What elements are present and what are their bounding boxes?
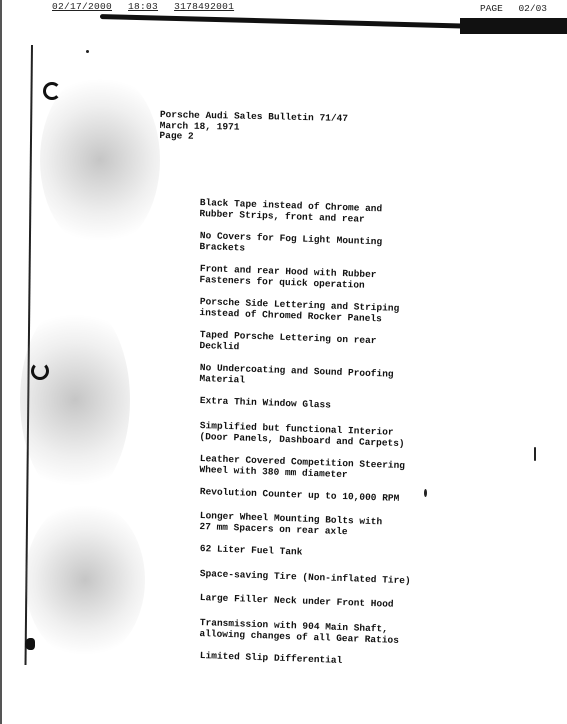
scan-noise — [25, 500, 145, 660]
fax-number: 3178492001 — [174, 1, 234, 12]
list-item: Revolution Counter up to 10,000 RPM — [200, 487, 440, 506]
list-item: Porsche Side Lettering and Striping inst… — [199, 297, 440, 326]
fax-page-indicator: PAGE 02/03 — [480, 3, 547, 14]
punch-hole-mark — [31, 362, 49, 380]
list-item: Large Filler Neck under Front Hood — [200, 593, 440, 612]
punch-hole-mark — [25, 638, 35, 650]
scan-noise — [20, 300, 130, 500]
scan-left-edge — [0, 0, 2, 724]
list-item: No Undercoating and Sound Proofing Mater… — [199, 363, 440, 392]
list-item: Simplified but functional Interior (Door… — [199, 421, 440, 450]
list-item: Front and rear Hood with Rubber Fastener… — [199, 264, 440, 293]
bulletin-header: Porsche Audi Sales Bulletin 71/47 March … — [159, 110, 348, 145]
list-item: Limited Slip Differential — [200, 651, 440, 670]
scan-dot — [534, 447, 536, 461]
fax-streak-block — [460, 18, 567, 34]
feature-list: Black Tape instead of Chrome and Rubber … — [200, 198, 440, 675]
scan-dot — [86, 50, 89, 53]
list-item: No Covers for Fog Light Mounting Bracket… — [199, 231, 440, 260]
list-item: Space-saving Tire (Non-inflated Tire) — [200, 569, 440, 588]
punch-hole-mark — [43, 82, 61, 100]
fax-time: 18:03 — [128, 1, 158, 12]
fax-page-label: PAGE — [480, 3, 503, 14]
list-item: Transmission with 904 Main Shaft, allowi… — [199, 618, 440, 647]
list-item: Black Tape instead of Chrome and Rubber … — [199, 198, 440, 227]
list-item: Taped Porsche Lettering on rear Decklid — [199, 330, 440, 359]
fax-date: 02/17/2000 — [52, 1, 112, 12]
list-item: Leather Covered Competition Steering Whe… — [199, 454, 440, 483]
list-item: 62 Liter Fuel Tank — [200, 544, 440, 563]
list-item: Extra Thin Window Glass — [200, 396, 440, 415]
list-item: Longer Wheel Mounting Bolts with 27 mm S… — [199, 511, 440, 540]
fax-page-value: 02/03 — [518, 3, 547, 14]
fax-transmission-header: 02/17/2000 18:03 3178492001 — [52, 1, 244, 12]
